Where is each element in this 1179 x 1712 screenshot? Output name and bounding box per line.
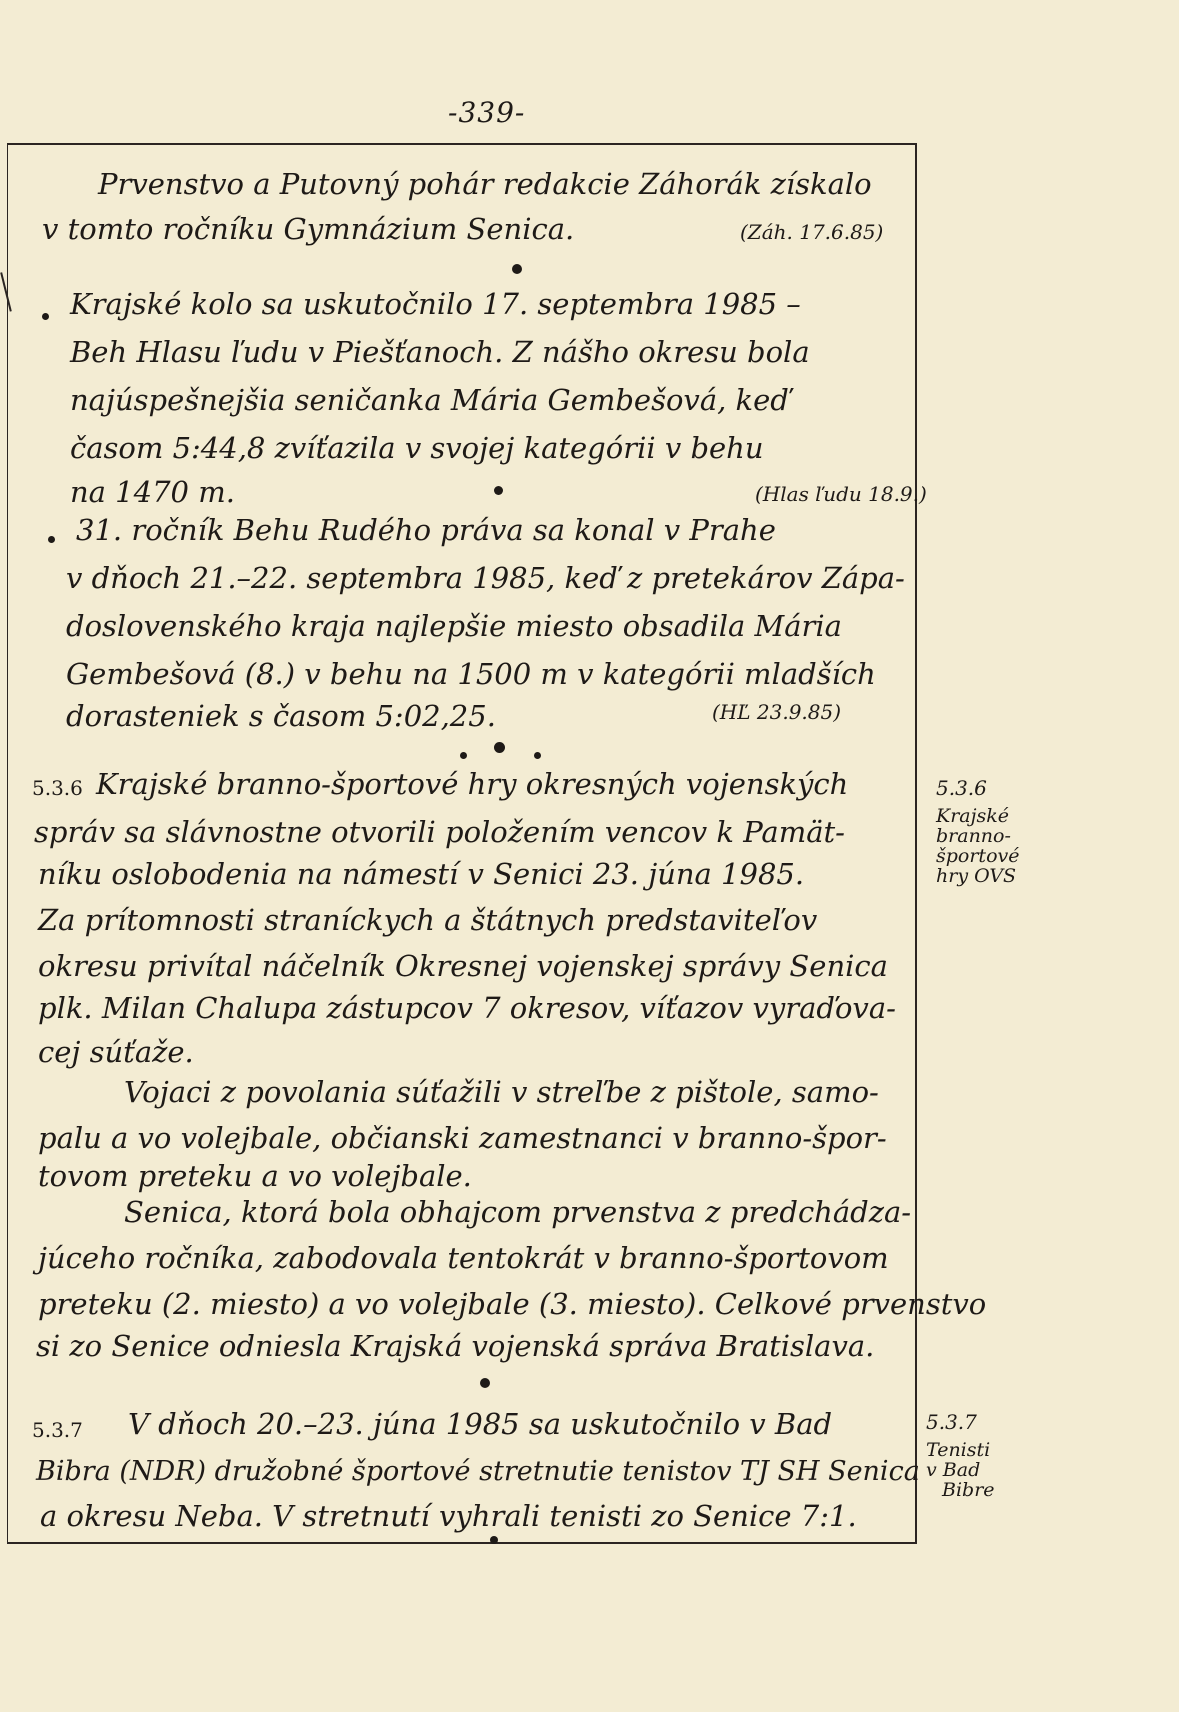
separator-dot [460,752,467,759]
bullet-icon [48,536,55,543]
source-citation: (Záh. 17.6.85) [740,222,883,242]
text-line: Gembešová (8.) v behu na 1500 m v kategó… [66,660,876,689]
text-line: preteku (2. miesto) a vo volejbale (3. m… [38,1290,986,1319]
text-line: v tomto ročníku Gymnázium Senica. [42,215,574,244]
page-number: -339- [448,96,525,129]
source-citation: (HĽ 23.9.85) [712,702,841,722]
text-line: Senica, ktorá bola obhajcom prvenstva z … [124,1198,911,1227]
margin-note-number: 5.3.6 [936,778,1020,799]
text-line: V dňoch 20.–23. júna 1985 sa uskutočnilo… [128,1410,832,1439]
text-line: najúspešnejšia seničanka Mária Gembešová… [70,386,789,415]
text-line: cej súťaže. [38,1038,194,1067]
text-line: Za prítomnosti straníckych a štátnych pr… [38,906,817,935]
margin-note-line: branno- [936,827,1020,847]
section-number: 5.3.6 [32,778,83,798]
text-line: správ sa slávnostne otvorili položením v… [34,818,845,847]
text-line: na 1470 m. [70,478,235,507]
margin-note-line: športové [936,847,1020,867]
text-line: doslovenského kraja najlepšie miesto obs… [66,612,842,641]
text-line: plk. Milan Chalupa zástupcov 7 okresov, … [38,994,896,1023]
separator-dot [490,1536,498,1544]
text-line: v dňoch 21.–22. septembra 1985, keď z pr… [66,564,905,593]
text-line: časom 5:44,8 zvíťazila v svojej kategóri… [70,434,764,463]
margin-note-number: 5.3.7 [926,1412,995,1433]
text-line: Krajské kolo sa uskutočnilo 17. septembr… [70,290,801,319]
separator-dot [480,1378,490,1388]
text-line: júceho ročníka, zabodovala tentokrát v b… [38,1244,889,1273]
text-line: Prvenstvo a Putovný pohár redakcie Záhor… [98,170,872,199]
text-line: 31. ročník Behu Rudého práva sa konal v … [76,516,776,545]
separator-dot [494,742,505,753]
text-line: dorasteniek s časom 5:02,25. [66,702,496,731]
text-line: a okresu Neba. V stretnutí vyhrali tenis… [40,1502,857,1531]
text-line: níku oslobodenia na námestí v Senici 23.… [38,860,804,889]
margin-note-line: Bibre [926,1481,995,1501]
margin-note-line: Tenisti [926,1441,995,1461]
separator-dot [494,486,503,495]
margin-note-line: v Bad [926,1461,995,1481]
section-number: 5.3.7 [32,1420,83,1440]
bullet-icon [42,313,49,320]
source-citation: (Hlas ľudu 18.9.) [755,484,927,504]
separator-dot [534,752,541,759]
text-line: tovom preteku a vo volejbale. [38,1162,472,1191]
margin-note-line: hry OVS [936,867,1020,887]
margin-note-5-3-6: 5.3.6 Krajské branno- športové hry OVS [936,778,1020,887]
text-line: si zo Senice odniesla Krajská vojenská s… [36,1332,874,1361]
margin-note-5-3-7: 5.3.7 Tenisti v Bad Bibre [926,1412,995,1501]
text-line: palu a vo volejbale, občianski zamestnan… [38,1124,887,1153]
text-line: Vojaci z povolania súťažili v streľbe z … [124,1078,879,1107]
text-line: Beh Hlasu ľudu v Piešťanoch. Z nášho okr… [70,338,810,367]
separator-dot [512,264,522,274]
text-line: Krajské branno-športové hry okresných vo… [96,770,848,799]
margin-note-line: Krajské [936,807,1020,827]
text-line: Bibra (NDR) družobné športové stretnutie… [36,1458,920,1485]
text-line: okresu privítal náčelník Okresnej vojens… [38,952,888,981]
